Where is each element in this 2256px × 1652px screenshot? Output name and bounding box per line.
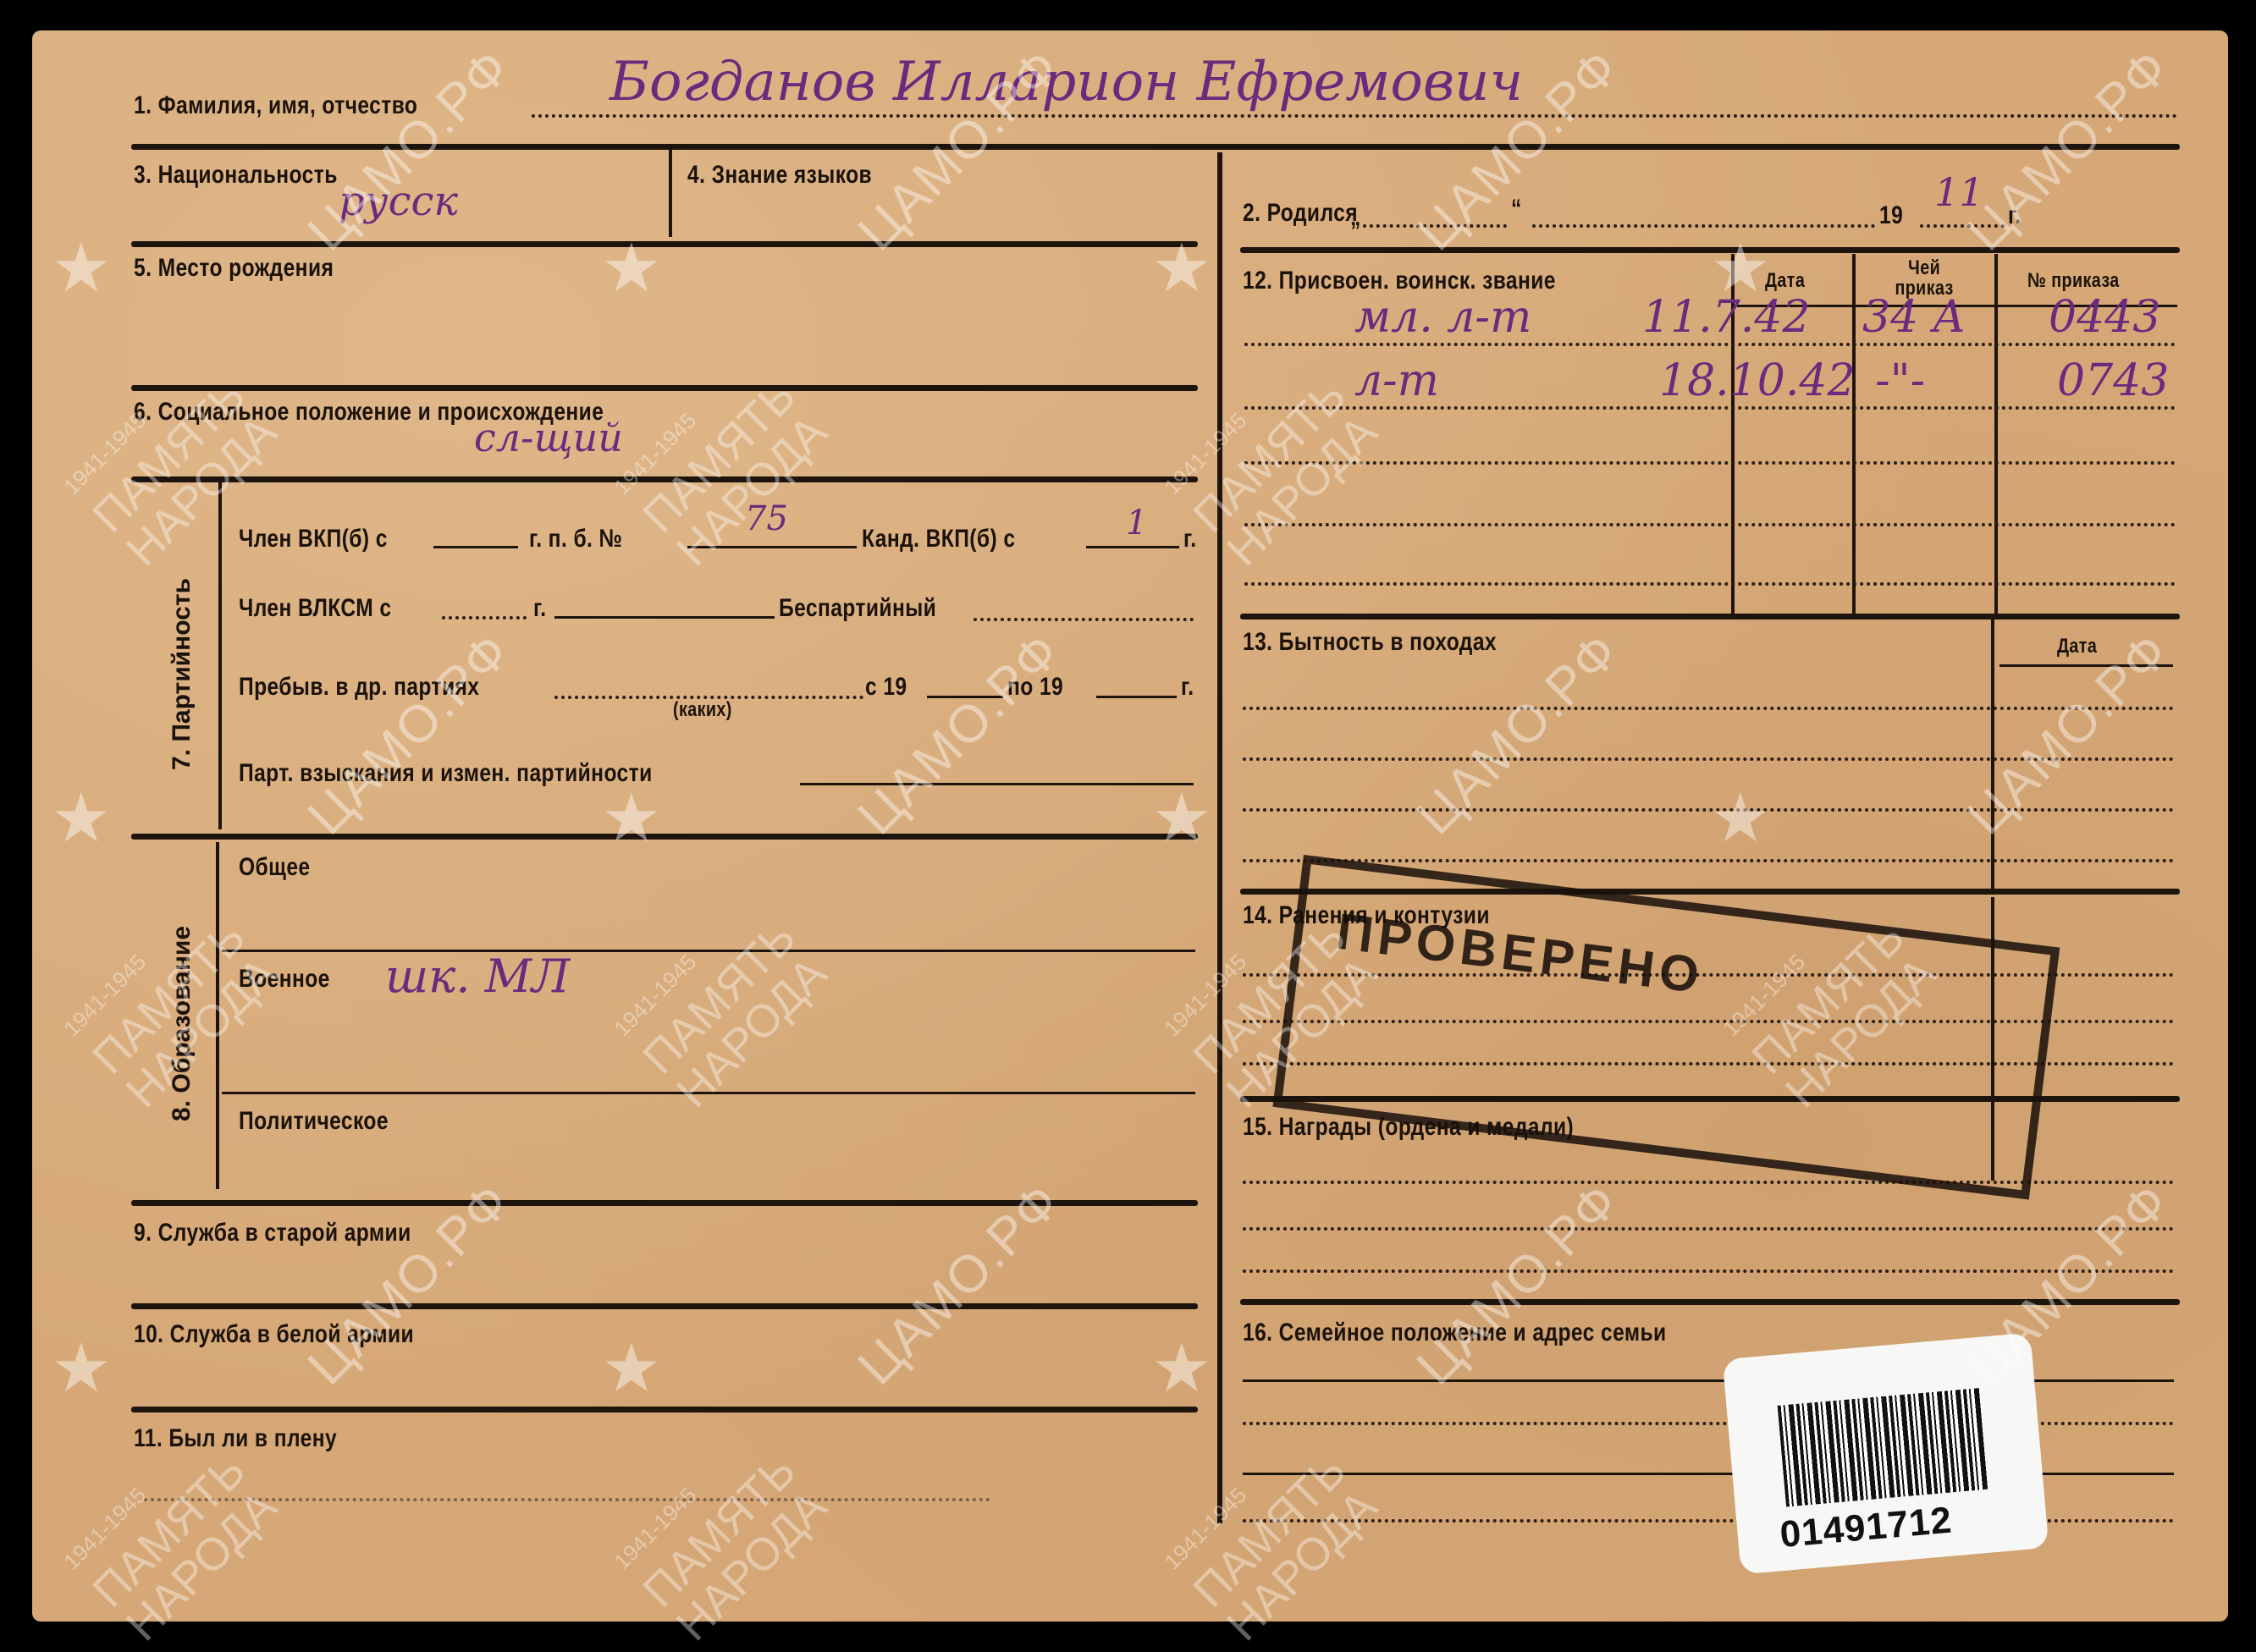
stamp-text: ПРОВЕРЕНО [1333, 902, 1707, 1005]
barcode-icon [1778, 1388, 1989, 1506]
divider [131, 1303, 1198, 1309]
star-icon: ★ [1151, 229, 1212, 307]
line [1086, 546, 1179, 548]
rank-row-1-order: 0443 [2049, 292, 2160, 343]
line [442, 616, 527, 619]
rank-row-1-rank: мл. л-т [1354, 292, 1531, 343]
column-divider [1217, 152, 1222, 1523]
star-icon: ★ [1151, 1329, 1212, 1407]
line [554, 616, 775, 619]
field-5-label: 5. Место рождения [134, 254, 334, 283]
table-row-line [1244, 343, 2176, 346]
political-education-label: Политическое [239, 1107, 389, 1136]
g-label: г. [533, 594, 546, 623]
field-1-line [532, 114, 2178, 118]
field-3-label: 3. Национальность [134, 161, 338, 190]
table-row-line [1244, 523, 2176, 526]
col-order-header: № приказа [2027, 269, 2120, 293]
field-2-quote-open: „ [1350, 203, 1361, 232]
g-label: г. [1181, 673, 1194, 702]
divider [131, 385, 1198, 391]
divider [131, 241, 1198, 247]
field-13-date-header: Дата [2057, 635, 2097, 658]
which-label: (каких) [673, 698, 732, 722]
star-icon: ★ [601, 779, 662, 857]
field-2-year-prefix: 19 [1879, 201, 1903, 230]
table-row-line [1244, 582, 2176, 586]
candidate-label: Канд. ВКП(б) с [862, 525, 1015, 553]
line [1243, 1181, 2174, 1184]
field-9-label: 9. Служба в старой армии [134, 1219, 411, 1247]
nonparty-label: Беспартийный [779, 594, 936, 623]
rank-row-2-by: -"- [1875, 355, 1925, 406]
star-icon: ★ [601, 1329, 662, 1407]
field-6-value: сл-щий [474, 415, 623, 460]
star-icon: ★ [51, 229, 112, 307]
col-divider [1991, 618, 1994, 893]
star-icon: ★ [1151, 779, 1212, 857]
divider [131, 834, 1198, 840]
rank-row-2-order: 0743 [2057, 355, 2169, 406]
line [1243, 707, 2174, 710]
party-card-label: г. п. б. № [529, 525, 622, 553]
line [800, 783, 1194, 785]
candidate-value: 1 [1126, 504, 1147, 542]
star-icon: ★ [1710, 779, 1771, 857]
rank-row-1-by: 34 А [1862, 292, 1966, 343]
star-icon: ★ [601, 229, 662, 307]
star-icon: ★ [1710, 229, 1771, 307]
star-icon: ★ [51, 1329, 112, 1407]
section-7-label: 7. Партийность [168, 578, 196, 770]
general-education-label: Общее [239, 853, 310, 882]
field-13-label: 13. Бытность в походах [1243, 628, 1497, 657]
month-line [1532, 224, 1875, 228]
divider [1240, 614, 2180, 619]
divider [131, 1407, 1198, 1412]
col-divider [1994, 254, 1998, 614]
party-member-label: Член ВКП(б) с [239, 525, 388, 553]
barcode-number: 01491712 [1779, 1500, 1954, 1557]
col-date-header: Дата [1765, 269, 1805, 293]
rank-row-2-date: 18.10.42 [1659, 355, 1856, 406]
g-label: г. [1183, 525, 1196, 553]
divider [669, 148, 672, 237]
line [1243, 1269, 2174, 1273]
field-4-label: 4. Знание языков [687, 161, 872, 190]
section-7-bracket [218, 482, 222, 829]
line [1096, 696, 1177, 698]
komsomol-label: Член ВЛКСМ с [239, 594, 391, 623]
field-12-label: 12. Присвоен. воинск. звание [1243, 267, 1556, 295]
table-row-line [1244, 406, 2176, 410]
from-label: с 19 [865, 673, 907, 702]
field-2-quote-close: “ [1511, 195, 1522, 223]
party-penalties-label: Парт. взыскания и измен. партийности [239, 759, 653, 788]
field-1-label: 1. Фамилия, имя, отчество [134, 91, 417, 120]
line [1243, 1227, 2174, 1231]
line [1243, 859, 2174, 862]
line [433, 546, 518, 548]
rank-row-2-rank: л-т [1354, 355, 1439, 406]
col-divider [1852, 254, 1856, 614]
star-icon: ★ [51, 779, 112, 857]
field-2-label: 2. Родился [1243, 199, 1358, 228]
line [974, 618, 1194, 621]
table-row-line [1244, 461, 2176, 465]
military-education-value: шк. МЛ [385, 950, 570, 1003]
